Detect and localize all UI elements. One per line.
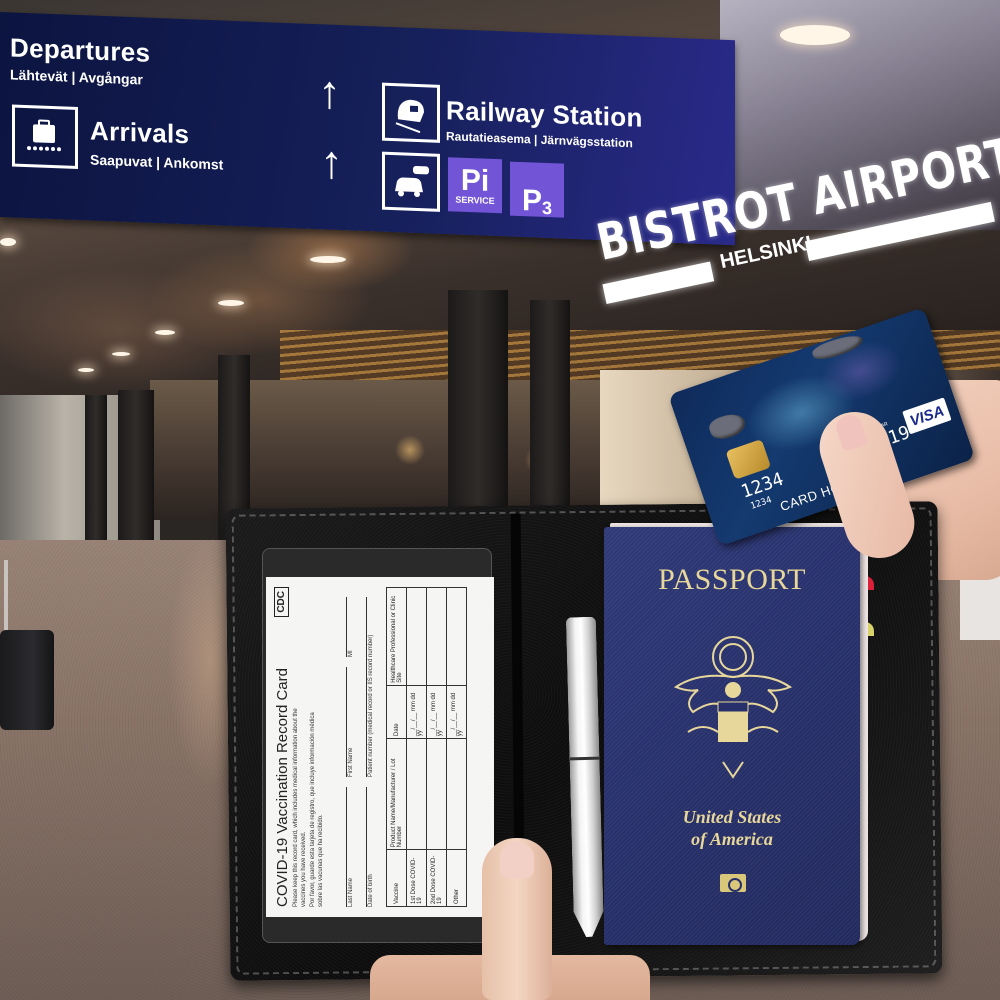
passport-country: United States of America xyxy=(604,807,860,850)
last-name-field: Last Name xyxy=(346,787,354,907)
mi-field: MI xyxy=(346,597,354,657)
ceiling-light xyxy=(78,368,94,372)
biometric-chip-icon xyxy=(720,874,746,892)
ceiling-light xyxy=(780,25,850,45)
passport-country-line1: United States xyxy=(604,807,860,829)
asteroid-graphic xyxy=(707,410,748,443)
passport-title: PASSPORT xyxy=(604,563,860,597)
date-cell: __/__/__ mm dd yy xyxy=(447,685,467,738)
vaccination-card-title: COVID-19 Vaccination Record Card xyxy=(274,587,291,907)
passport: PASSPORT United States of America xyxy=(604,527,860,945)
table-header: Vaccine xyxy=(387,850,407,907)
arrow-up-icon: ↑ xyxy=(320,138,343,185)
departures-subtitle: Lähtevät | Avgångar xyxy=(10,66,143,87)
table-row: 1st Dose COVID-19 __/__/__ mm dd yy xyxy=(407,588,427,907)
train-icon xyxy=(382,83,440,143)
pillar xyxy=(118,390,154,555)
vaccination-card-note-en: Please keep this record card, which incl… xyxy=(293,707,308,907)
pillar xyxy=(448,290,508,515)
vaccination-card-note-es: Por favor, guarde esta tarjeta de regist… xyxy=(310,707,325,907)
parking-service-badge: Pi SERVICE xyxy=(448,157,502,213)
vaccination-table: Vaccine Product Name/Manufacturer / Lot … xyxy=(386,587,467,907)
table-header: Product Name/Manufacturer / Lot Number xyxy=(387,739,407,850)
table-header: Healthcare Professional or Clinic Site xyxy=(387,588,407,686)
arrivals-subtitle: Saapuvat | Ankomst xyxy=(90,151,223,172)
ceiling-light xyxy=(218,300,244,306)
car-key-icon xyxy=(382,152,440,212)
parking-p3-badge: P 3 xyxy=(510,162,564,218)
pillar xyxy=(85,395,107,555)
date-cell: __/__/__ mm dd yy xyxy=(427,685,447,738)
parking-p3-label: P xyxy=(522,186,542,217)
ceiling-light xyxy=(310,256,346,263)
ceiling-light xyxy=(0,238,16,246)
vaccine-cell: 2nd Dose COVID-19 xyxy=(427,850,447,907)
arrivals-title: Arrivals xyxy=(90,115,189,150)
table-row: 2nd Dose COVID-19 __/__/__ mm dd yy xyxy=(427,588,447,907)
table-header: Date xyxy=(387,685,407,738)
ceiling-light xyxy=(155,330,175,335)
visa-logo-icon: VISA xyxy=(902,397,951,434)
first-name-field: First Name xyxy=(346,667,354,777)
suitcase xyxy=(0,630,54,730)
dob-field: Date of birth xyxy=(366,787,374,907)
cdc-logo-icon: CDC xyxy=(274,587,289,617)
pillar xyxy=(530,300,570,515)
thumbnail xyxy=(500,842,534,878)
table-row: Other __/__/__ mm dd yy xyxy=(447,588,467,907)
ceiling-light xyxy=(112,352,130,356)
patient-number-field: Patient number (medical record or IIS re… xyxy=(366,597,374,777)
parking-service-label: Pi xyxy=(461,165,489,196)
suitcase-handle xyxy=(4,560,8,632)
departures-title: Departures xyxy=(10,32,150,68)
arrow-up-icon: ↑ xyxy=(318,68,341,115)
parking-p3-number: 3 xyxy=(542,199,552,217)
luggage-icon xyxy=(12,104,78,169)
vaccine-cell: 1st Dose COVID-19 xyxy=(407,850,427,907)
vaccination-card: COVID-19 Vaccination Record Card Please … xyxy=(266,577,494,917)
passport-country-line2: of America xyxy=(604,829,860,851)
eagle-seal-icon xyxy=(668,632,798,782)
date-cell: __/__/__ mm dd yy xyxy=(407,685,427,738)
parking-service-sublabel: SERVICE xyxy=(455,195,494,206)
vaccine-cell: Other xyxy=(447,850,467,907)
